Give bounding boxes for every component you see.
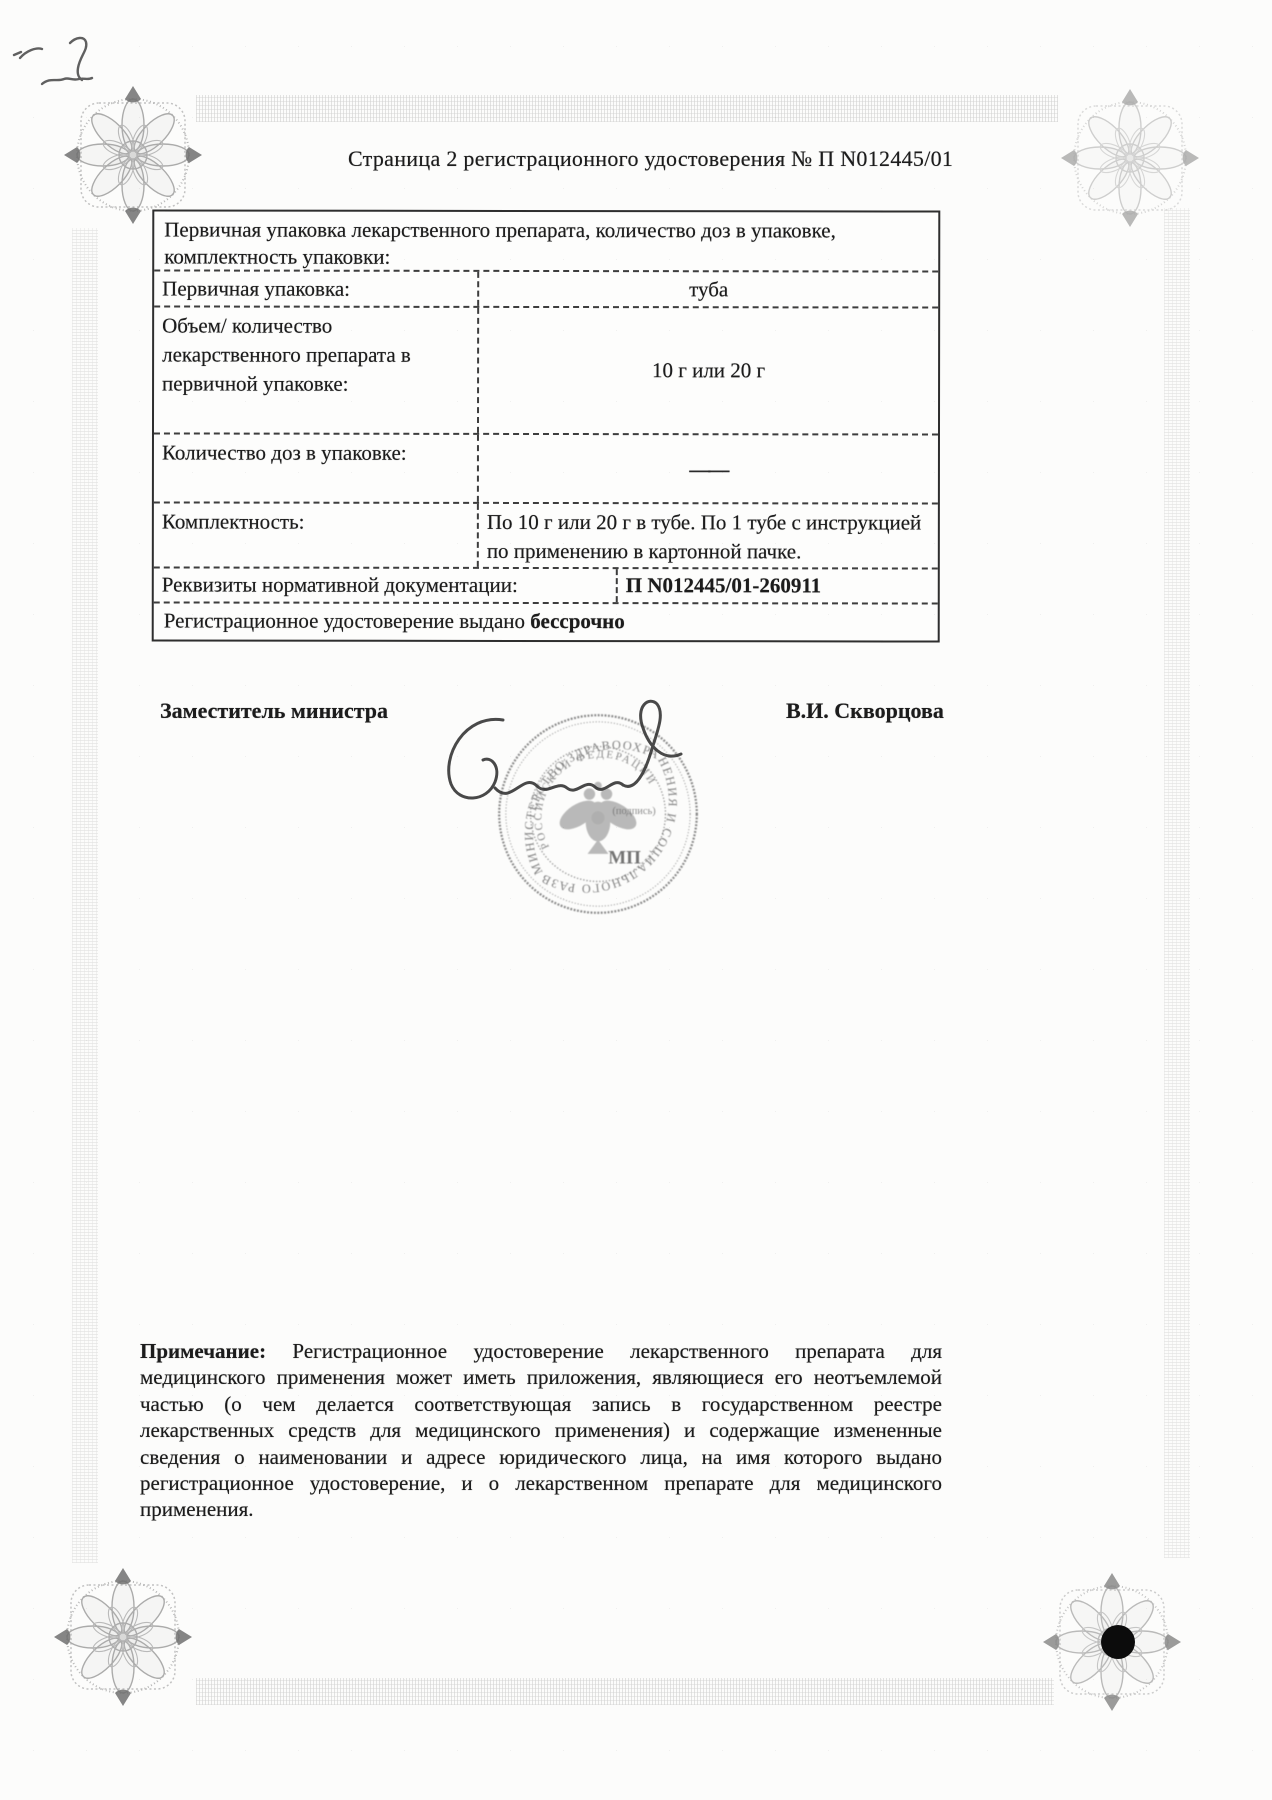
guilloche-strip-bottom	[196, 1678, 1054, 1705]
page-title: Страница 2 регистрационного удостоверени…	[348, 146, 953, 172]
row-label-primary-packaging: Первичная упаковка:	[154, 271, 479, 305]
table-row: Комплектность: По 10 г или 20 г в тубе. …	[154, 501, 938, 567]
guilloche-strip-top	[196, 95, 1058, 122]
rosette-ornament-top-left	[63, 85, 203, 225]
guilloche-strip-left	[72, 228, 98, 1563]
table-row: Количество доз в упаковке: ——	[154, 432, 938, 502]
row-label-normative-docs: Реквизиты нормативной документации:	[154, 568, 618, 602]
handwritten-signature	[425, 688, 725, 858]
black-punch-dot	[1101, 1625, 1135, 1659]
footer-text: Регистрационное удостоверение выдано	[164, 608, 531, 633]
note-paragraph: Примечание: Регистрационное удостоверени…	[140, 1338, 942, 1523]
row-value-volume: 10 г или 20 г	[479, 308, 938, 434]
row-value-primary-packaging: туба	[479, 272, 938, 307]
row-value-completeness: По 10 г или 20 г в тубе. По 1 тубе с инс…	[479, 504, 938, 568]
note-label: Примечание:	[140, 1339, 266, 1363]
pen-scribble-mark	[12, 30, 132, 100]
table-footer-cell: Регистрационное удостоверение выдано бес…	[154, 603, 635, 640]
note-text: Регистрационное удостоверение лекарствен…	[140, 1339, 942, 1521]
table-row: Объем/ количество лекарственного препара…	[154, 305, 938, 433]
row-label-doses: Количество доз в упаковке:	[154, 434, 479, 501]
guilloche-strip-right	[1164, 208, 1190, 1558]
signatory-name: В.И. Скворцова	[786, 698, 944, 724]
registration-table: Первичная упаковка лекарственного препар…	[152, 209, 941, 642]
rosette-ornament-top-right	[1060, 88, 1200, 228]
table-row: Первичная упаковка: туба	[154, 269, 938, 306]
footer-term-indefinite: бессрочно	[530, 609, 625, 633]
row-value-normative-docs: П N012445/01-260911	[618, 569, 938, 602]
row-label-volume: Объем/ количество лекарственного препара…	[154, 307, 479, 432]
table-row: Реквизиты нормативной документации: П N0…	[154, 566, 938, 602]
rosette-ornament-bottom-left	[53, 1567, 193, 1707]
empty-dash: ——	[689, 455, 727, 484]
row-value-doses: ——	[479, 435, 938, 503]
signatory-position-label: Заместитель министра	[160, 698, 388, 724]
row-label-completeness: Комплектность:	[154, 503, 479, 566]
table-title-cell: Первичная упаковка лекарственного препар…	[154, 211, 938, 270]
